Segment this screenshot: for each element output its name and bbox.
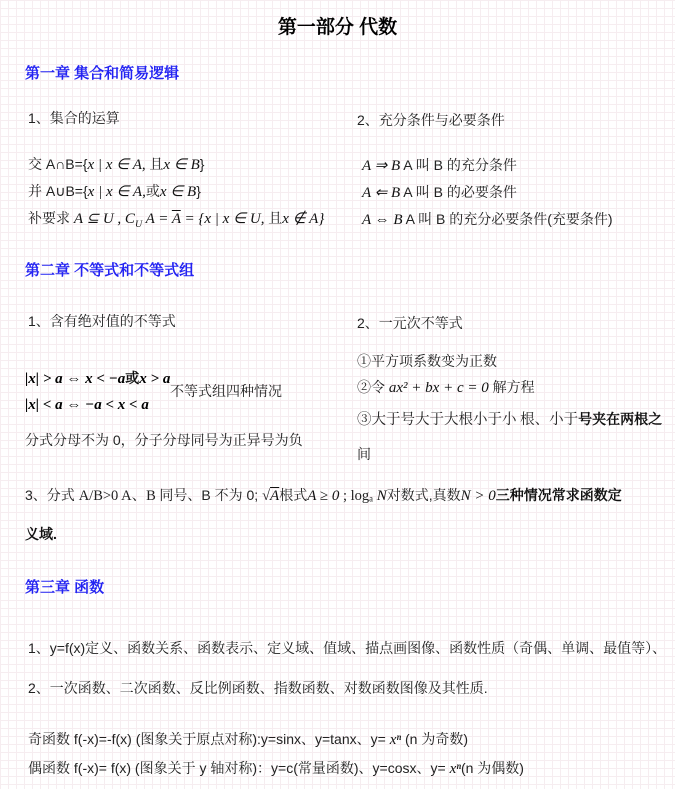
odd-function-line: 奇函数 f(-x)=-f(x) (图象关于原点对称):y=sinx、y=tanx…: [28, 729, 468, 749]
sufficient-condition-line: A ⇒ B A 叫 B 的充分条件: [362, 155, 517, 175]
chapter2-heading: 第二章 不等式和不等式组: [25, 259, 194, 280]
set-union-formula: 并 A∪B={x | x ∈ A,或x ∈ B}: [28, 181, 201, 201]
necessary-condition-line: A ⇐ B A 叫 B 的必要条件: [362, 182, 517, 202]
set-complement-formula: 补要求 A ⊆ U , CU A = A = {x | x ∈ U, 且x ∉ …: [28, 208, 324, 230]
document-page: 第一部分 代数 第一章 集合和简易逻辑 1、集合的运算 2、充分条件与必要条件 …: [0, 0, 675, 789]
function-types-line: 2、一次函数、二次函数、反比例函数、指数函数、对数函数图像及其性质.: [28, 678, 488, 698]
chapter1-heading: 第一章 集合和简易逻辑: [25, 62, 179, 83]
domain-rules-line2: 义域.: [25, 524, 57, 544]
quadratic-step3-line1: ③大于号大于大根小于小 根、小于号夹在两根之: [357, 408, 662, 429]
chapter3-heading: 第三章 函数: [25, 576, 104, 597]
fraction-sign-note: 分式分母不为 0，分子分母同号为正异号为负: [25, 430, 303, 450]
function-basics-line: 1、y=f(x)定义、函数关系、函数表示、定义域、值域、描点画图像、函数性质（奇…: [28, 638, 666, 658]
quadratic-step1: ①平方项系数变为正数: [357, 351, 497, 371]
quadratic-step3-line2: 间: [357, 444, 371, 464]
chapter2-right-subheading: 2、一元次不等式: [357, 313, 463, 333]
chapter1-left-subheading: 1、集合的运算: [28, 108, 120, 128]
iff-condition-line: A ⇔ B A 叫 B 的充分必要条件(充要条件): [362, 209, 613, 229]
abs-value-inequality-gt: |x| > a ⇔ x < −a或x > a: [25, 368, 170, 388]
set-intersection-formula: 交 A∩B={x | x ∈ A, 且x ∈ B}: [28, 154, 204, 174]
inequality-group-note: 不等式组四种情况: [170, 381, 282, 401]
even-function-line: 偶函数 f(-x)= f(x) (图象关于 y 轴对称)：y=c(常量函数)、y…: [28, 758, 524, 778]
chapter1-right-subheading: 2、充分条件与必要条件: [357, 110, 505, 130]
chapter2-left-subheading: 1、含有绝对值的不等式: [28, 311, 176, 331]
quadratic-step2: ②令 ax² + bx + c = 0 解方程: [357, 377, 535, 397]
domain-rules-line1: 3、分式 A/B>0 A、B 同号、B 不为 0; √A根式A ≥ 0 ; lo…: [25, 484, 622, 505]
abs-value-inequality-lt: |x| < a ⇔ −a < x < a: [25, 396, 149, 414]
document-title: 第一部分 代数: [0, 12, 675, 39]
